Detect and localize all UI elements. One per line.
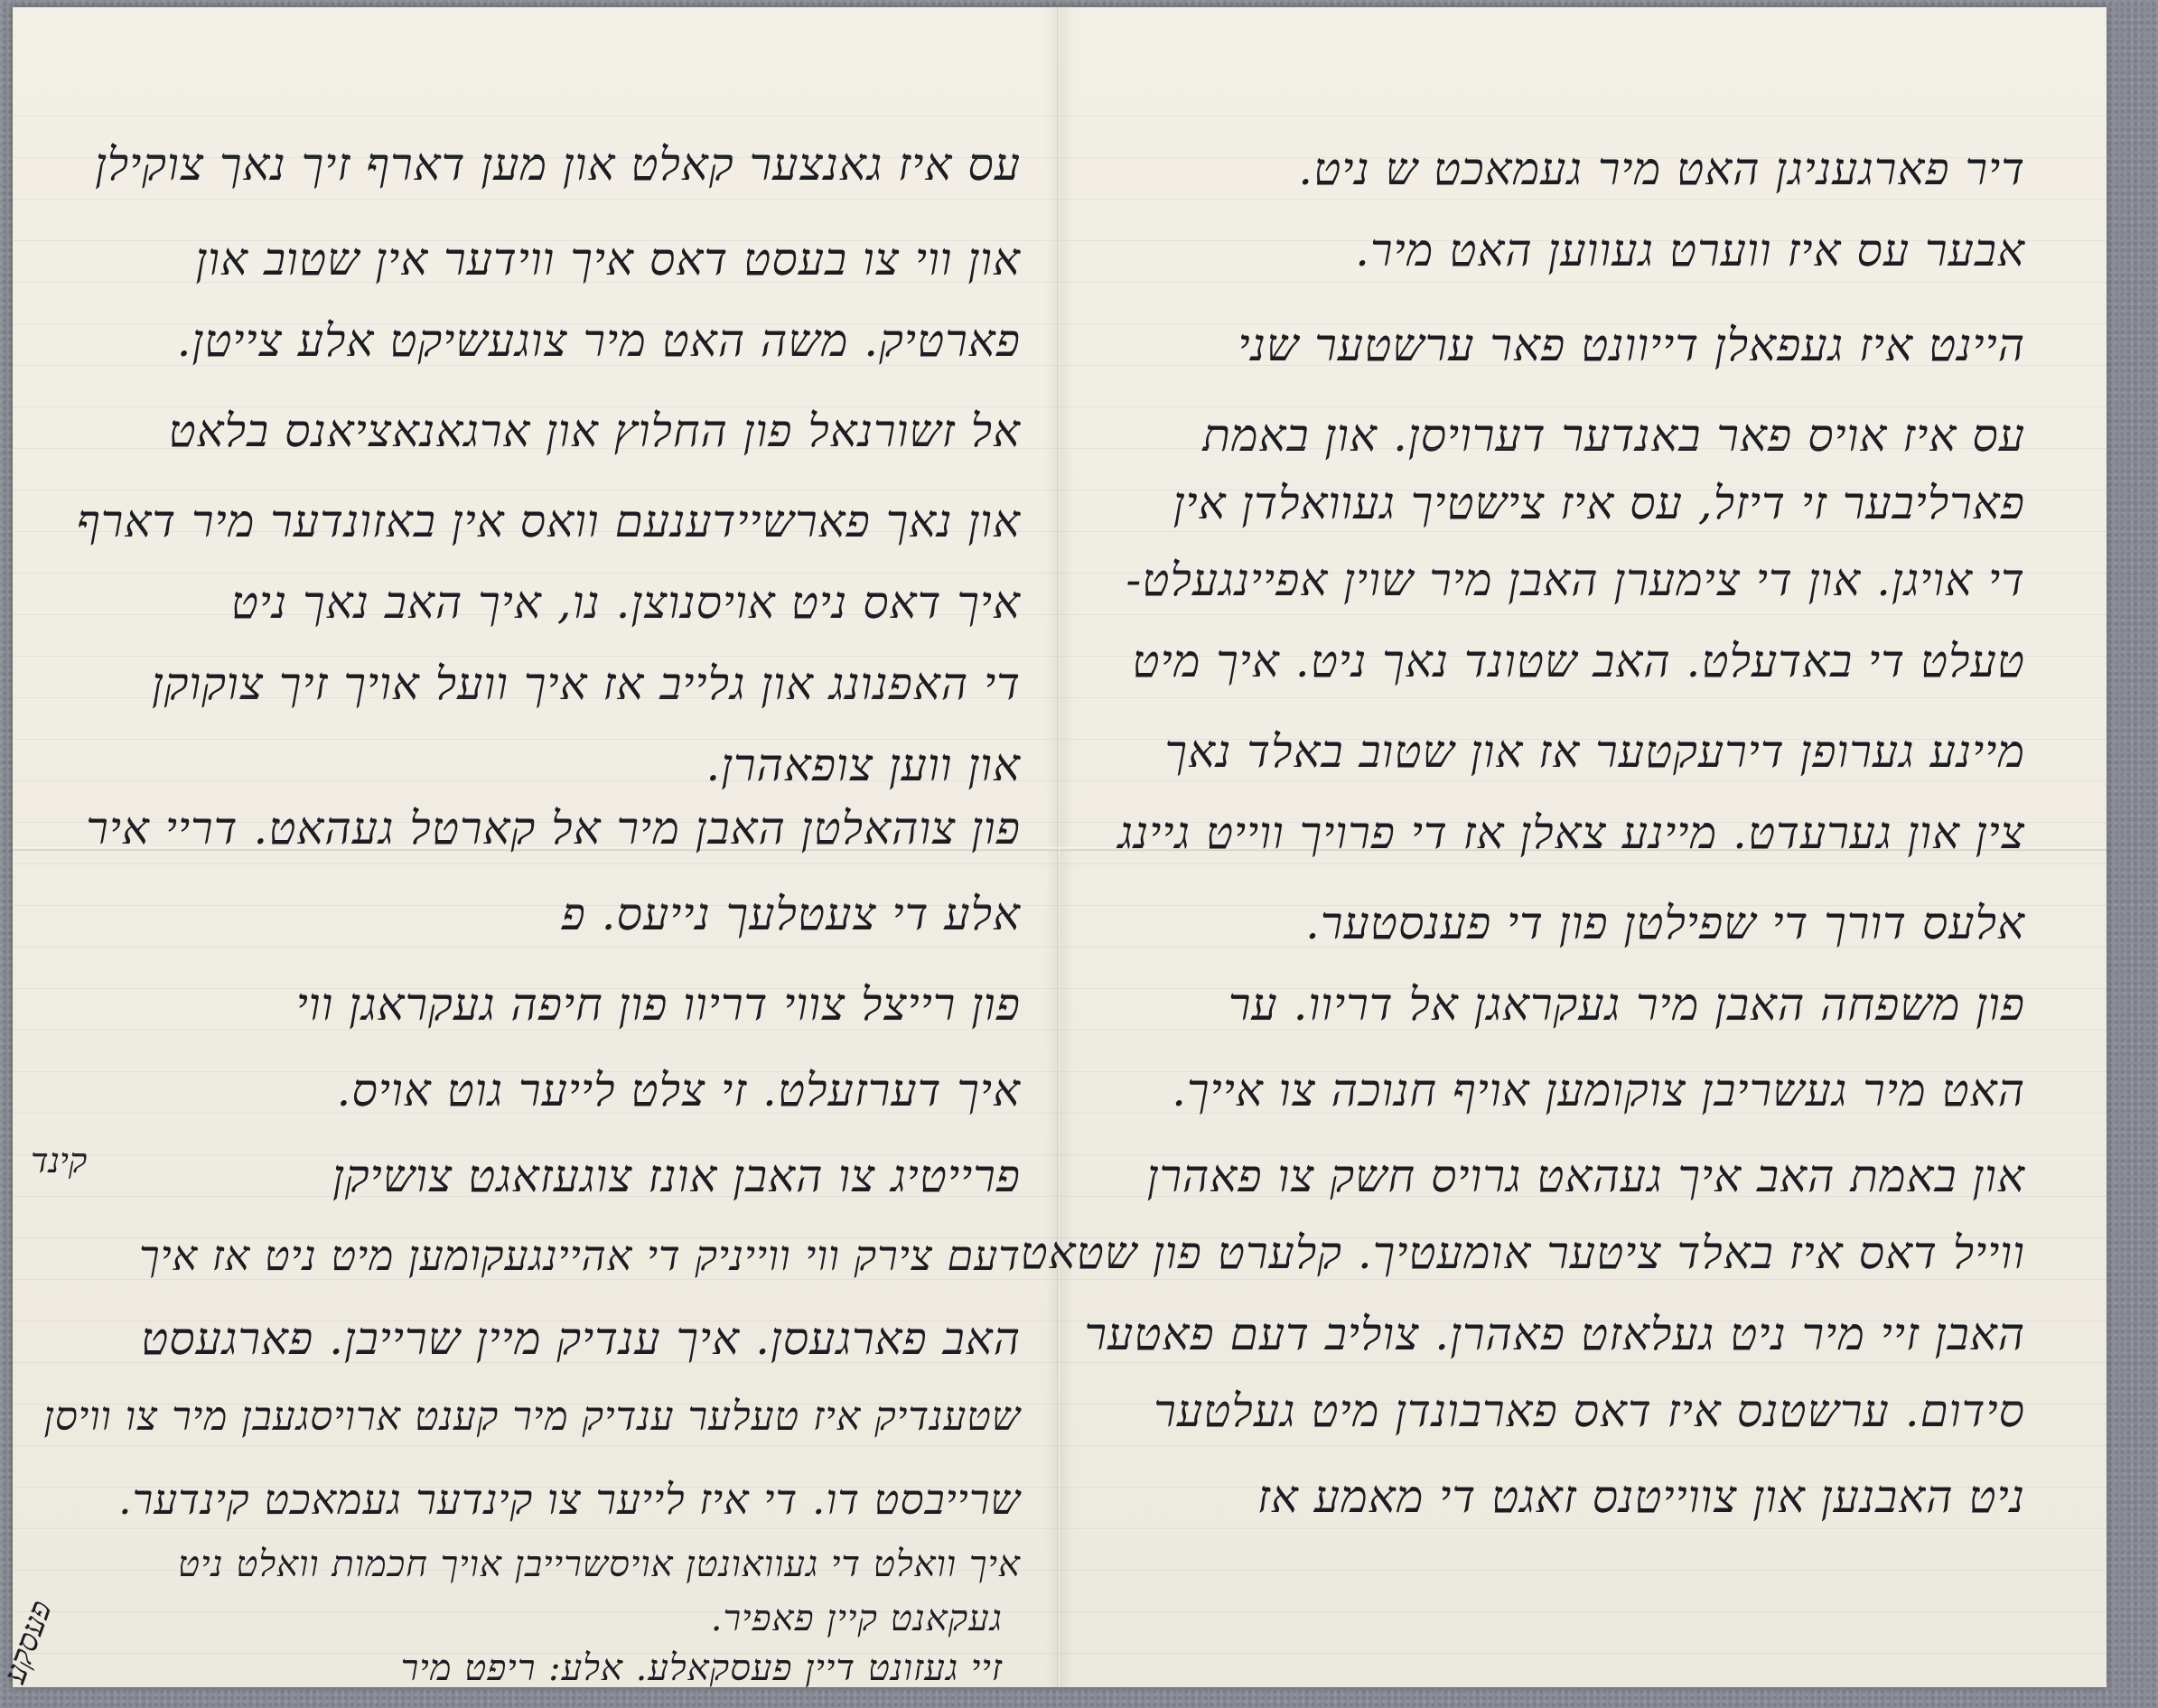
letter-line: שטענדיק איז טעלער ענדיק מיר קענט ארויסגע…: [44, 1394, 1021, 1440]
letter-line: היינט איז געפאלן דייוונט פאר ערשטער שני: [1238, 319, 2025, 371]
ruled-line: [13, 1653, 2107, 1654]
letter-sheet: עס איז גאנצער קאלט און מען דארף זיך נאך …: [13, 7, 2107, 1687]
letter-line: ווייל דאס איז באלד ציטער אומעטיך. קלערט …: [1020, 1227, 2025, 1279]
right-page: דיר פארגעניגן האט מיר געמאכט ש ניט. אבער…: [1060, 7, 2107, 1687]
letter-line: האבן זיי מיר ניט געלאזט פאהרן. צוליב דעם…: [1084, 1308, 2025, 1360]
letter-line: אלע די צעטלעך נייעס. פ: [562, 888, 1021, 940]
letter-line: עס איז גאנצער קאלט און מען דארף זיך נאך …: [95, 138, 1021, 191]
letter-line: די האפנונג און גלייב אז איך וועל אויך זי…: [152, 658, 1021, 710]
letter-line: דעם צירק ווי ווייניק די אהיינגעקומען מיט…: [139, 1231, 1021, 1280]
letter-line: פון משפחה האבן מיר געקראגן אל דריוו. ער: [1228, 978, 2025, 1031]
ruled-line: [13, 947, 2107, 947]
ruled-line: [13, 157, 2107, 158]
left-page: עס איז גאנצער קאלט און מען דארף זיך נאך …: [13, 7, 1057, 1687]
ruled-line: [13, 323, 2107, 324]
ruled-line: [13, 988, 2107, 989]
ruled-line: [13, 1279, 2107, 1280]
letter-line: געקאנט קיין פאפיר.: [711, 1597, 1003, 1639]
ruled-line: [13, 282, 2107, 283]
ruled-line: [13, 1154, 2107, 1155]
ruled-line: [13, 448, 2107, 449]
letter-line: פארטיק. משה האט מיר צוגעשיקט אלע צייטן.: [177, 314, 1021, 367]
ruled-line: [13, 240, 2107, 241]
letter-line: אבער עס איז ווערט געווען האט מיר.: [1355, 224, 2025, 276]
letter-line: די אויגן. און די צימערן האבן מיר שוין אפ…: [1126, 554, 2025, 606]
ruled-line: [13, 406, 2107, 407]
ruled-line: [13, 573, 2107, 574]
ruled-line: [13, 1445, 2107, 1446]
letter-line: פרייטיג צו האבן אונז צוגעזאגט צושיקן: [332, 1150, 1021, 1202]
ruled-line: [13, 1237, 2107, 1238]
ruled-line: [13, 822, 2107, 823]
ruled-line: [13, 780, 2107, 781]
letter-line: איך דאס ניט אויסנוצן. נו, איך האב נאך ני…: [231, 576, 1021, 629]
ruled-line: [13, 199, 2107, 200]
ruled-line: [13, 1030, 2107, 1031]
ruled-line: [13, 697, 2107, 698]
letter-line: סידום. ערשטנס איז דאס פארבונדן מיט געלטע…: [1154, 1385, 2025, 1437]
letter-line: און ווען צופאהרן.: [705, 739, 1021, 791]
letter-line: צין און גערעדט. מיינע צאלן אז די פרויך ו…: [1117, 807, 2025, 859]
ruled-line: [13, 1113, 2107, 1114]
ruled-line: [13, 1611, 2107, 1612]
ruled-line: [13, 490, 2107, 490]
ruled-line: [13, 1321, 2107, 1321]
ruled-line: [13, 1528, 2107, 1529]
ruled-line: [13, 1071, 2107, 1072]
letter-line: פון צוהאלטן האבן מיר אל קארטל געהאט. דרי…: [86, 802, 1021, 854]
letter-line: טעלט די באדעלט. האב שטונד נאך ניט. איך מ…: [1132, 635, 2025, 687]
letter-line: מיינע גערופן דירעקטער אז און שטוב באלד נ…: [1165, 725, 2025, 778]
ruled-line: [13, 116, 2107, 117]
letter-line: ניט האבנען און צווייטנס זאגט די מאמע אז: [1257, 1470, 2025, 1523]
letter-line: עס איז אויס פאר באנדער דערויסן. און באמת: [1202, 409, 2025, 462]
margin-note: קינד: [31, 1141, 87, 1181]
letter-line: פון רייצל צווי דריוו פון חיפה געקראגן וו…: [296, 978, 1021, 1031]
letter-line: און נאך פארשיידענעם וואס אין באזונדער מי…: [77, 495, 1021, 547]
ruled-line: [13, 365, 2107, 366]
ruled-line: [13, 1487, 2107, 1488]
ruled-line: [13, 531, 2107, 532]
margin-note: פעסקע: [0, 1596, 60, 1688]
letter-line: און באמת האב איך געהאט גרויס חשק צו פאהר…: [1147, 1150, 2025, 1202]
ruled-line: [13, 1362, 2107, 1363]
ruled-line: [13, 656, 2107, 657]
letter-line: דיר פארגעניגן האט מיר געמאכט ש ניט.: [1298, 143, 2025, 195]
letter-line: שרייבסט דו. די איז לייער צו קינדער געמאכ…: [118, 1475, 1021, 1524]
ruled-line: [13, 614, 2107, 615]
ruled-line: [13, 1404, 2107, 1405]
ruled-line: [13, 739, 2107, 740]
letter-line: פארליבער זי דיזל, עס איז צישטיך געוואלדן…: [1173, 477, 2025, 529]
letter-line: אל זשורנאל פון החלוץ און ארגאנאציאנס בלא…: [168, 405, 1021, 457]
ruled-line: [13, 1196, 2107, 1197]
ruled-line: [13, 905, 2107, 906]
ruled-line: [13, 1570, 2107, 1571]
letter-line: איך וואלט די געוואונטן אויסשרייבן אויך ח…: [178, 1543, 1021, 1585]
ruled-line: [13, 863, 2107, 864]
